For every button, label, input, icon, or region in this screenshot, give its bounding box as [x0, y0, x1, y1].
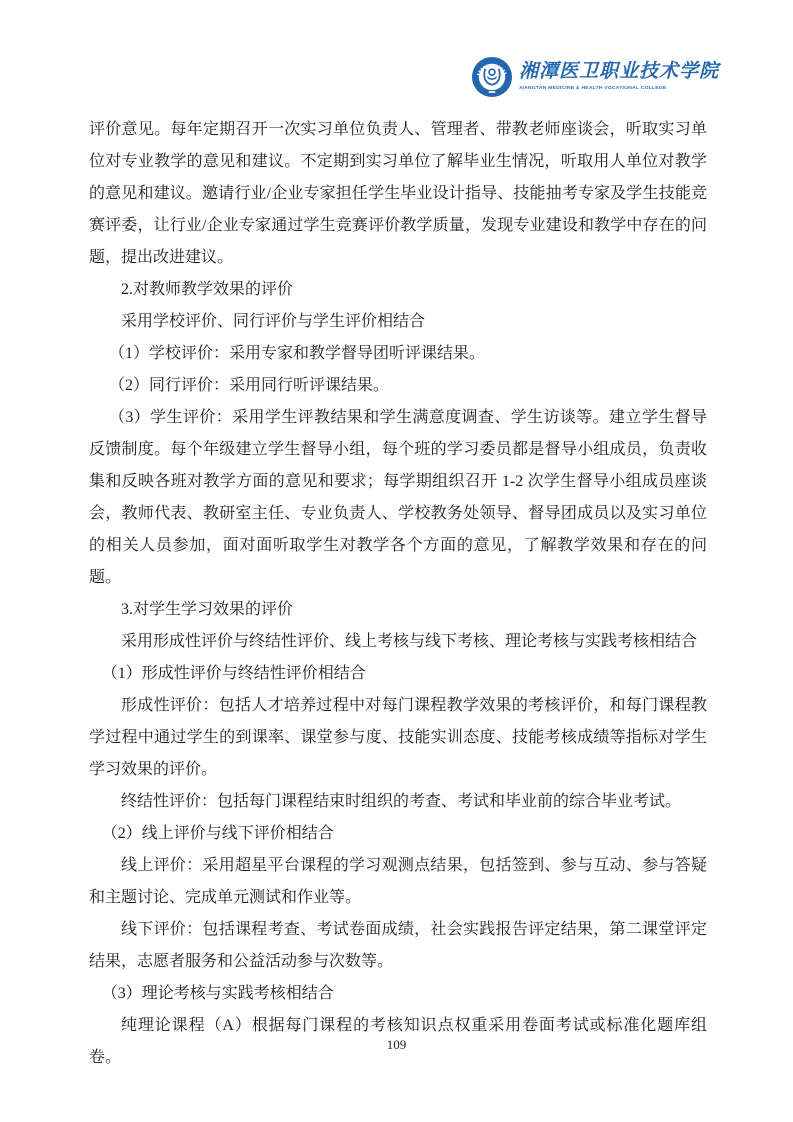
paragraph: （3）学生评价：采用学生评教结果和学生满意度调查、学生访谈等。建立学生督导反馈制…	[89, 402, 707, 594]
paragraph: （1）学校评价：采用专家和教学督导团听评课结果。	[89, 338, 707, 370]
paragraph: （3）理论考核与实践考核相结合	[89, 978, 707, 1010]
document-body: 评价意见。每年定期召开一次实习单位负责人、管理者、带教老师座谈会，听取实习单位对…	[89, 114, 707, 1074]
college-name-zh: 湘潭医卫职业技术学院	[519, 62, 757, 83]
paragraph: 线上评价：采用超星平台课程的学习观测点结果，包括签到、参与互动、参与答疑和主题讨…	[89, 850, 707, 914]
paragraph: 3.对学生学习效果的评价	[89, 594, 707, 626]
page-number: 109	[0, 1037, 793, 1053]
paragraph: 评价意见。每年定期召开一次实习单位负责人、管理者、带教老师座谈会，听取实习单位对…	[89, 114, 707, 274]
paragraph: 采用形成性评价与终结性评价、线上考核与线下考核、理论考核与实践考核相结合	[89, 626, 707, 658]
document-page: 湘潭医卫职业技术学院 XIANGTAN MEDICINE & HEALTH VO…	[0, 0, 793, 1122]
college-name-en: XIANGTAN MEDICINE & HEALTH VOCATIONAL CO…	[519, 84, 666, 90]
college-logo-text: 湘潭医卫职业技术学院 XIANGTAN MEDICINE & HEALTH VO…	[519, 62, 757, 92]
college-emblem-icon	[471, 56, 513, 98]
paragraph: （2）线上评价与线下评价相结合	[89, 818, 707, 850]
paragraph: 形成性评价：包括人才培养过程中对每门课程教学效果的考核评价，和每门课程教学过程中…	[89, 690, 707, 786]
paragraph: 终结性评价：包括每门课程结束时组织的考查、考试和毕业前的综合毕业考试。	[89, 786, 707, 818]
paragraph: 采用学校评价、同行评价与学生评价相结合	[89, 306, 707, 338]
paragraph: （2）同行评价：采用同行听评课结果。	[89, 370, 707, 402]
college-logo: 湘潭医卫职业技术学院 XIANGTAN MEDICINE & HEALTH VO…	[471, 56, 757, 98]
paragraph: 线下评价：包括课程考查、考试卷面成绩，社会实践报告评定结果，第二课堂评定结果，志…	[89, 914, 707, 978]
paragraph: 2.对教师教学效果的评价	[89, 274, 707, 306]
paragraph: （1）形成性评价与终结性评价相结合	[89, 658, 707, 690]
